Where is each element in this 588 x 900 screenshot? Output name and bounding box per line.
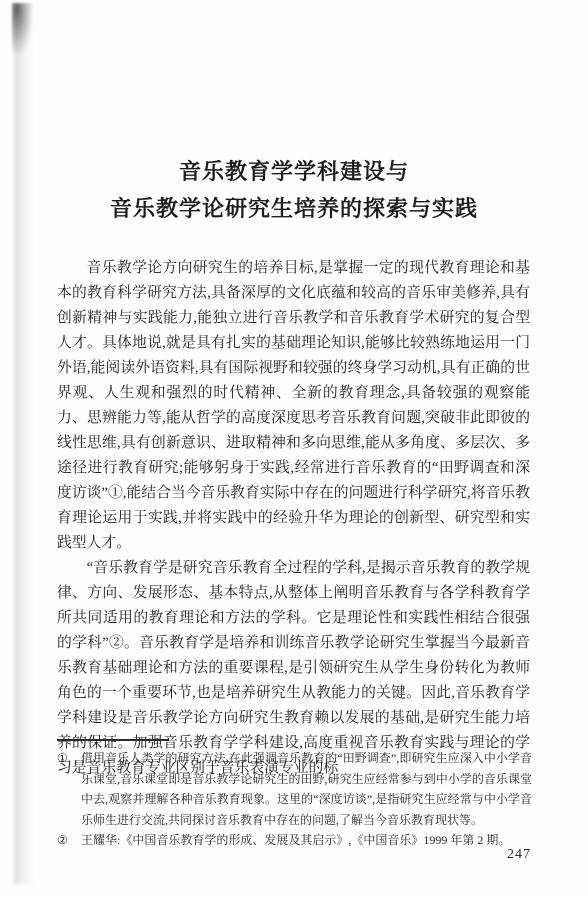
footnote-2: ② 王耀华:《中国音乐教育学的形成、发展及其启示》,《中国音乐》1999 年第 … [57, 830, 532, 851]
article-title: 音乐教育学学科建设与 音乐教学论研究生培养的探索与实践 [57, 153, 531, 227]
article-title-line1: 音乐教育学学科建设与 [57, 153, 531, 190]
scan-left-edge-shadow [14, 6, 36, 884]
footnote-2-text: 王耀华:《中国音乐教育学的形成、发展及其启示》,《中国音乐》1999 年第 2 … [81, 830, 532, 851]
footnote-1: ① 借用音乐人类学的研究方法,在此强调音乐教育的“田野调查”,即研究生应深入中小… [57, 748, 532, 830]
page-number: 247 [507, 847, 531, 863]
footnote-divider [57, 739, 169, 741]
body-text: 音乐教学论方向研究生的培养目标,是掌握一定的现代教育理论和基本的教育科学研究方法… [57, 256, 530, 781]
footnote-1-text: 借用音乐人类学的研究方法,在此强调音乐教育的“田野调查”,即研究生应深入中小学音… [81, 748, 532, 830]
scan-corner-smudge [12, 3, 32, 53]
scanned-book-page: 音乐教育学学科建设与 音乐教学论研究生培养的探索与实践 音乐教学论方向研究生的培… [0, 0, 588, 900]
footnote-1-marker: ① [57, 748, 81, 769]
article-title-line2: 音乐教学论研究生培养的探索与实践 [57, 190, 531, 227]
footnotes: ① 借用音乐人类学的研究方法,在此强调音乐教育的“田野调查”,即研究生应深入中小… [57, 748, 532, 851]
paragraph-1: 音乐教学论方向研究生的培养目标,是掌握一定的现代教育理论和基本的教育科学研究方法… [57, 256, 530, 556]
footnote-2-marker: ② [57, 830, 81, 851]
